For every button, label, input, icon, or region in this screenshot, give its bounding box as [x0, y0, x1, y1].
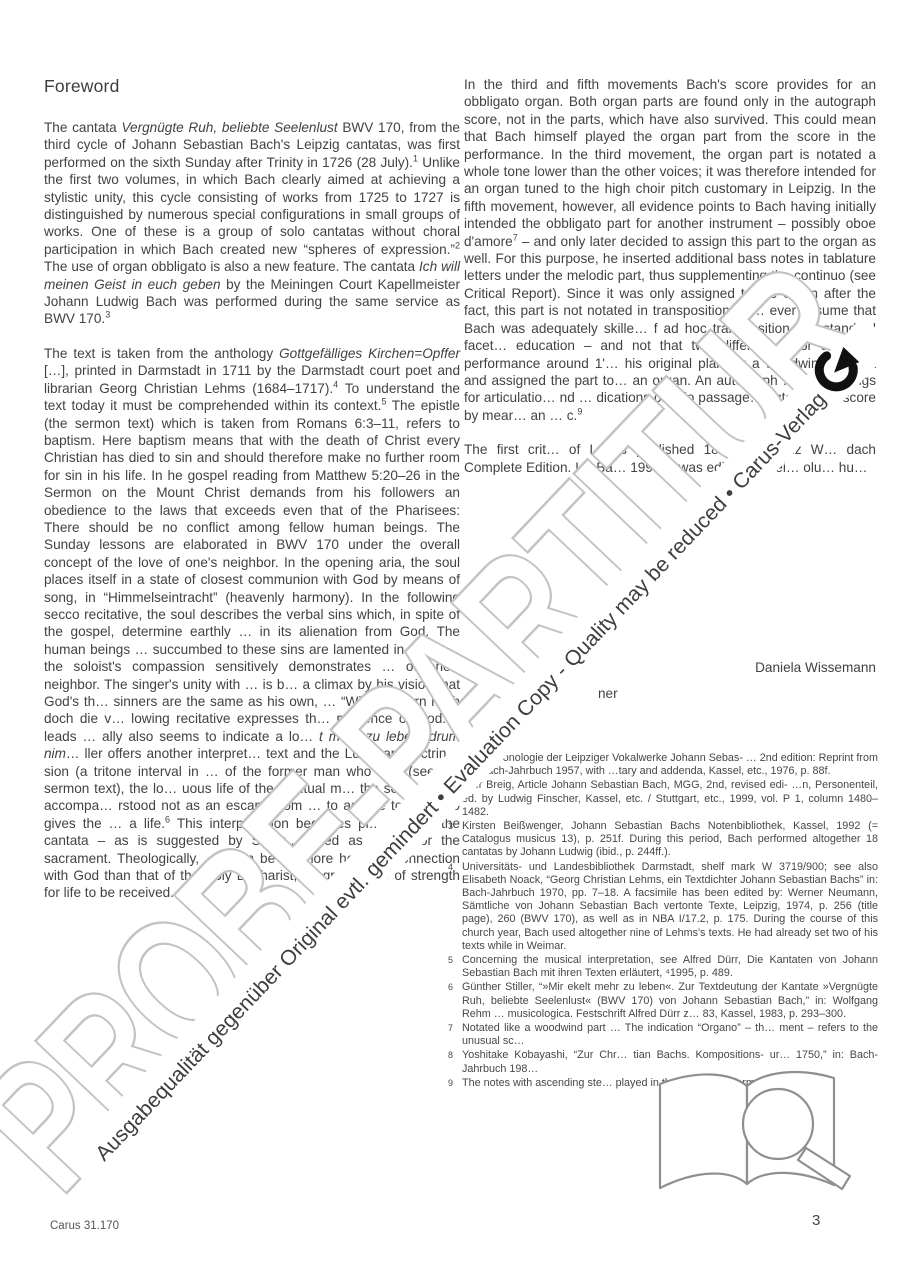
- text-run: The text is taken from the anthology: [44, 346, 279, 361]
- book-magnifier-icon: [646, 1064, 861, 1224]
- paragraph: In the third and fifth movements Bach's …: [464, 76, 876, 424]
- footnote-marker: 2: [455, 240, 460, 250]
- footnote-number: 8: [448, 1049, 462, 1075]
- footnote-number: 3: [448, 820, 462, 860]
- footnote-number: 4: [448, 861, 462, 953]
- footnote-item: 3Kirsten Beißwenger, Johann Sebastian Ba…: [448, 820, 878, 860]
- page: Foreword The cantata Vergnügte Ruh, beli…: [0, 0, 900, 1274]
- footnote-text: Universitäts- und Landesbibliothek Darms…: [462, 861, 878, 953]
- footnote-marker: 9: [577, 406, 582, 416]
- text-run: The cantata: [44, 120, 121, 135]
- footnote-item: 5Concerning the musical interpretation, …: [448, 954, 878, 980]
- footnotes-list: 1…ur Chronologie der Leipziger Vokalwerk…: [448, 752, 878, 1091]
- footnote-number: 7: [448, 1022, 462, 1048]
- text-run: Gottgefälliges Kirchen=Opffer: [279, 346, 460, 361]
- magnifier-icon: [743, 1089, 813, 1159]
- footnote-number: 2: [448, 779, 462, 819]
- text-run: – and only later decided to assign this …: [464, 234, 876, 423]
- footnote-number: 9: [448, 1077, 462, 1090]
- text-run: Vergnügte Ruh, beliebte Seelenlust: [121, 120, 337, 135]
- paragraph: The text is taken from the anthology Got…: [44, 345, 460, 902]
- footnote-text: …er Breig, Article Johann Sebastian Bach…: [462, 779, 878, 819]
- footnote-item: 2…er Breig, Article Johann Sebastian Bac…: [448, 779, 878, 819]
- text-run: The epistle (the sermon text) which is t…: [44, 398, 460, 744]
- right-column: In the third and fifth movements Bach's …: [464, 76, 876, 493]
- book-icon: [660, 1074, 747, 1188]
- text-run: The use of organ obbligato is also a new…: [44, 259, 419, 274]
- left-column: Foreword The cantata Vergnügte Ruh, beli…: [44, 76, 460, 919]
- footnote-item: 1…ur Chronologie der Leipziger Vokalwerk…: [448, 752, 878, 778]
- paragraph: The first crit… of L… s published 1886 b…: [464, 441, 876, 476]
- text-run: In the third and fifth movements Bach's …: [464, 77, 876, 249]
- footnote-text: Günther Stiller, “»Mir ekelt mehr zu leb…: [462, 981, 878, 1021]
- footnote-item: 7Notated like a woodwind part … The indi…: [448, 1022, 878, 1048]
- footnote-item: 6Günther Stiller, “»Mir ekelt mehr zu le…: [448, 981, 878, 1021]
- footer-catalog-number: Carus 31.170: [50, 1220, 119, 1232]
- footnote-number: 6: [448, 981, 462, 1021]
- footnote-text: Concerning the musical interpretation, s…: [462, 954, 878, 980]
- footnote-number: 5: [448, 954, 462, 980]
- page-title: Foreword: [44, 76, 460, 97]
- paragraph: The cantata Vergnügte Ruh, beliebte Seel…: [44, 119, 460, 328]
- signature: Daniela Wissemann: [464, 660, 876, 675]
- footnote-item: 4Universitäts- und Landesbibliothek Darm…: [448, 861, 878, 953]
- footnote-marker: 3: [105, 310, 110, 320]
- signature-fragment: ner: [598, 686, 618, 701]
- page-number: 3: [812, 1212, 820, 1229]
- footnote-number: 1: [448, 752, 462, 778]
- text-run: The first crit… of L… s published 1886 b…: [464, 442, 876, 474]
- footnote-text: Notated like a woodwind part … The indic…: [462, 1022, 878, 1048]
- text-run: Unlike the first two volumes, in which B…: [44, 155, 460, 257]
- footnote-text: …ur Chronologie der Leipziger Vokalwerke…: [462, 752, 878, 778]
- footnote-text: Kirsten Beißwenger, Johann Sebastian Bac…: [462, 820, 878, 860]
